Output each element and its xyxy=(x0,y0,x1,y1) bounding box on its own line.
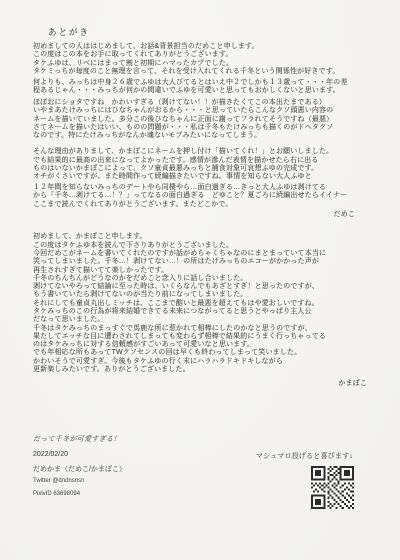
colophon: だって千冬が可愛すぎる！ 2022/02/20 だめかま（だめこ/かまぼこ） xyxy=(33,436,126,481)
dameko-paragraph-2: 何よりも、みっちは中身２６歳でふゆは大人びてるとはいえ中２でしかも１３歳って・・… xyxy=(33,79,379,96)
afterword-text: 初めましての人ははじめまして、お話&背景担当のだめこと申します。 この度はこの本… xyxy=(33,43,379,389)
page-title: あとがき xyxy=(48,26,90,38)
dameko-paragraph-3: ほぼおにショタですね かわいすぎる（剥けてない！！が描きたくてこの本出たまである… xyxy=(33,99,379,140)
signature-kamaboko: かまぼこ xyxy=(33,380,379,388)
afterword-page: あとがき 初めましての人ははじめまして、お話&背景担当のだめこと申します。 この… xyxy=(0,0,400,560)
tagline: だって千冬が可愛すぎる！ xyxy=(33,436,126,444)
qr-code xyxy=(311,466,354,509)
dameko-paragraph-1: 初めましての人ははじめまして、お話&背景担当のだめこと申します。 この度はこの本… xyxy=(33,43,379,76)
dameko-paragraph-5: １２年間を知らないみっちのデートやら同棲やら…面白過ぎる…きっと大人ふゆは剥けて… xyxy=(33,184,379,209)
dameko-paragraph-4: そんな理由がありまして、かまぼこにネームを押し付け「描いてくれ！」とお願いしまし… xyxy=(33,148,379,181)
signature-dameko: だめこ xyxy=(33,211,379,219)
pixiv-id: PixivID 63698094 xyxy=(33,490,84,498)
circle-name: だめかま（だめこ/かまぼこ） xyxy=(33,466,126,474)
twitter-handle: Twitter @dndnsnsn xyxy=(33,477,84,485)
publish-date: 2022/02/20 xyxy=(33,451,126,459)
kamaboko-paragraph-1: 初めまして、かまぼこと申します。 この度はタケふゆ本を読んで下さりありがとうござ… xyxy=(33,233,379,374)
marshmallow-note: マシュマロ投げると喜びます↓ xyxy=(256,451,353,461)
contact-info: Twitter @dndnsnsn PixivID 63698094 xyxy=(33,477,84,503)
